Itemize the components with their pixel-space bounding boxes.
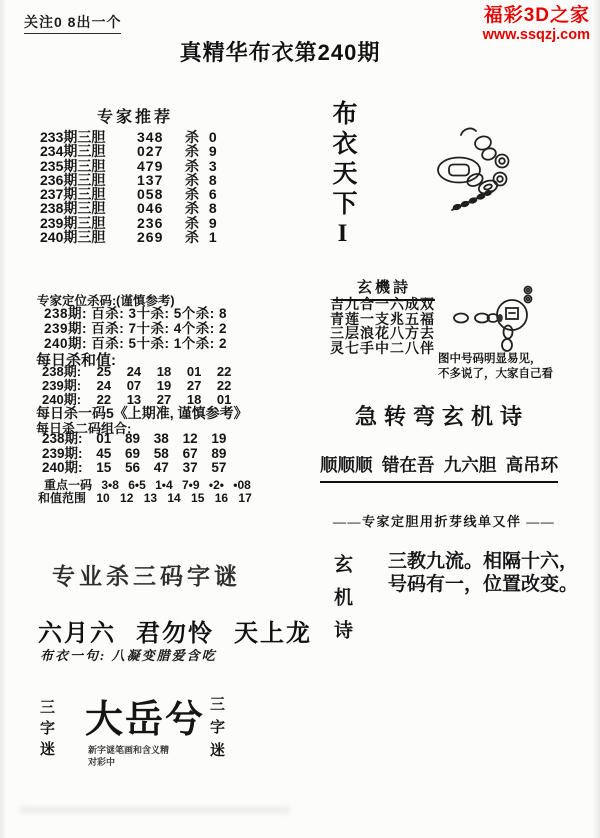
table-row: 237期三胆058杀 6 [40,187,217,201]
sketch-caption-line2: 不多说了，大家自己看 [438,367,553,382]
list-item: 239期: 百杀: 7十杀: 4个杀: 2 [44,321,227,336]
buyi-tianxia-vertical-title: 布衣天下I [324,100,360,252]
poem-line: 灵七手中二八伴 [330,341,435,356]
row-kill: 杀 6 [185,187,217,201]
row-dan: 058 [137,187,185,201]
expert-dash-line: ——专家定胆用折芽线单又伴 —— [333,511,555,530]
three-char-riddle-right-label: 三字迷 [206,696,227,765]
row-kill: 杀 9 [185,144,217,158]
kill-three-code-title: 专业杀三码字谜 [52,558,241,591]
daily-kill-sum-rows: 238期: 25 24 18 01 22 239期: 24 07 19 27 2… [42,365,231,406]
riddle-caption-line2: 对彩中 [88,756,208,768]
row-label: 235期三胆 [40,159,137,173]
list-item: 239期: 24 07 19 27 22 [42,379,231,393]
row-label: 233期三胆 [40,130,137,144]
big-riddle-text: 大岳兮 [85,688,205,743]
poem-line: 三层浪花八方去 [330,326,435,341]
list-item: 238期: 百杀: 3十杀: 5个杀: 8 [44,306,227,321]
list-item: 238期: 25 24 18 01 22 [42,365,231,379]
buyi-sentence: 布衣一句: 八凝变腊爱含吃 [40,645,217,664]
row-dan: 046 [137,201,185,215]
row-dan: 137 [137,173,185,187]
expert-recommend-title: 专家推荐 [97,104,173,127]
sharp-turn-poem-line: 顺顺顺 错在吾 九六胆 高吊环 [320,452,558,483]
row-label: 239期三胆 [40,216,137,230]
poem-line: 吉九合一六成双 [330,297,435,312]
list-item: 240期: 15 56 47 37 57 [42,461,226,476]
row-kill: 杀 3 [185,159,217,173]
row-dan: 348 [137,130,185,144]
row-dan: 479 [137,159,185,173]
scanned-tip-sheet: 关注0 8出一个 福彩3D之家 www.ssqzj.com 真精华布衣第240期… [0,0,600,838]
row-label: 238期三胆 [40,201,137,215]
brand-block: 福彩3D之家 www.ssqzj.com [483,5,590,44]
sharp-turn-poem-title: 急转弯玄机诗 [355,400,529,431]
ring-doodle-icon [450,283,540,353]
position-kill-rows: 238期: 百杀: 3十杀: 5个杀: 8 239期: 百杀: 7十杀: 4个杀… [44,306,227,351]
riddle-caption-line1: 新字谜笔画和含义精 [88,744,208,756]
three-char-riddle-left-label: 三字迷 [36,699,57,762]
row-kill: 杀 9 [185,216,217,230]
table-row: 240期三胆269杀 1 [40,230,217,244]
table-row: 233期三胆348杀 0 [40,130,217,144]
sum-range-line: 和值范围 10 12 13 14 15 16 17 [38,489,252,506]
row-label: 236期三胆 [40,173,137,187]
row-kill: 杀 1 [185,230,217,244]
daily-kill-two-rows: 238期: 01 89 38 12 19 239期: 45 69 58 67 8… [42,432,226,476]
table-row: 239期三胆236杀 9 [40,216,217,230]
row-kill: 杀 8 [185,201,217,215]
chain-doodle-icon [428,123,520,218]
xuanji-poem-lines: 吉九合一六成双 青莲一支兆五福 三层浪花八方去 灵七手中二八伴 [330,297,435,355]
list-item: 238期: 01 89 38 12 19 [42,432,226,447]
riddle-line: 六月六 君勿怜 天上龙 [38,613,312,648]
row-label: 234期三胆 [40,144,137,158]
table-row: 235期三胆479杀 3 [40,159,217,173]
focus-note: 关注0 8出一个 [24,12,121,34]
riddle-caption: 新字谜笔画和含义精 对彩中 [88,744,208,768]
scan-smudge [20,806,290,814]
table-row: 236期三胆137杀 8 [40,173,217,187]
scan-edge-right [592,0,600,838]
brand-name: 福彩3D之家 [483,5,590,27]
row-kill: 杀 0 [185,130,217,144]
list-item: 239期: 45 69 58 67 89 [42,447,226,462]
page-title: 真精华布衣第240期 [140,36,420,67]
table-row: 234期三胆027杀 9 [40,144,217,158]
sketch-caption: 图中号码明显易见， 不多说了，大家自己看 [438,352,553,382]
poem-line: 青莲一支兆五福 [330,312,435,327]
row-dan: 269 [137,230,185,244]
expert-recommend-table: 233期三胆348杀 0 234期三胆027杀 9 235期三胆479杀 3 2… [40,130,217,244]
row-dan: 236 [137,216,185,230]
xuanji-text-line2: 号码有一，位置改变。 [388,569,578,596]
row-kill: 杀 8 [185,173,217,187]
row-label: 237期三胆 [40,187,137,201]
sketch-caption-line1: 图中号码明显易见， [438,352,553,367]
brand-url[interactable]: www.ssqzj.com [483,27,590,44]
table-row: 238期三胆046杀 8 [40,201,217,215]
xuanji-vertical-label: 玄机诗 [328,554,355,653]
scan-edge-left [0,0,6,838]
row-dan: 027 [137,144,185,158]
row-label: 240期三胆 [40,230,137,244]
